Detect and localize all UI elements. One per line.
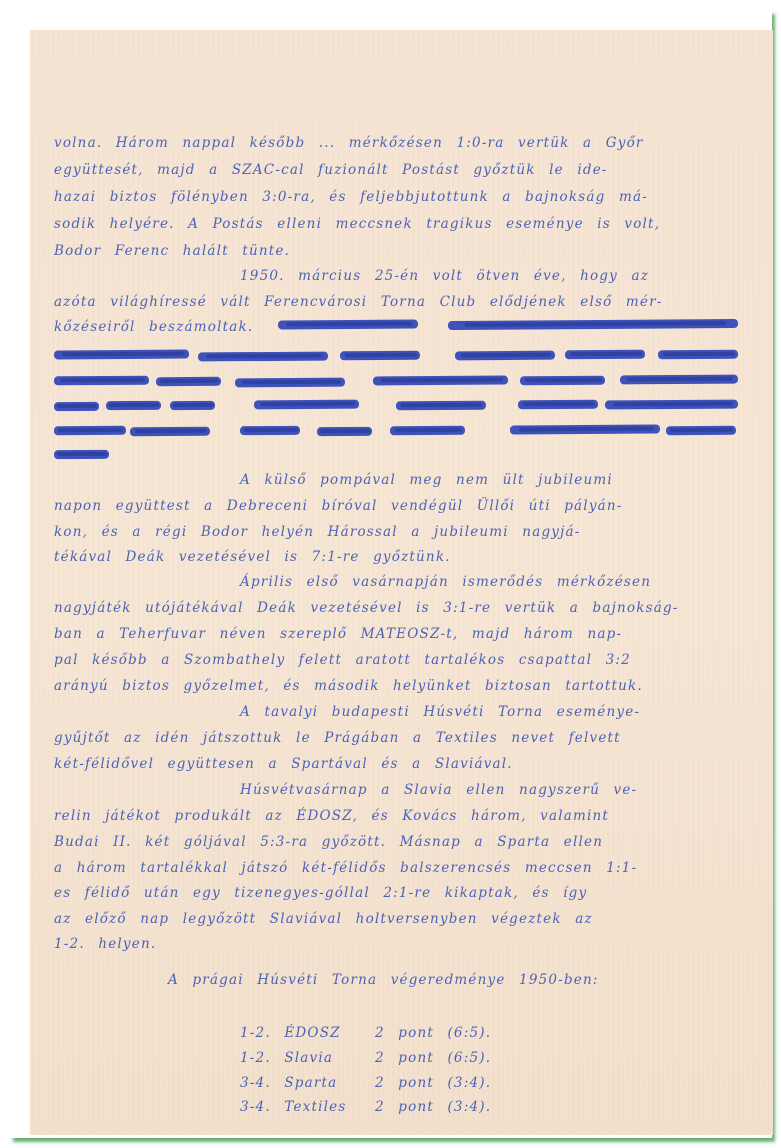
strikethrough [518, 400, 598, 410]
strikethrough [510, 424, 660, 434]
text-line: A külső pompával meg nem ült jubileumi [240, 474, 773, 488]
handwritten-page: volna. Három nappal később ... mérkőzése… [30, 30, 773, 1135]
text-line: azóta világhíressé vált Ferencvárosi Tor… [54, 296, 754, 310]
text-line: nagyjáték utójátékával Deák vezetésével … [54, 602, 754, 616]
text-line: relin játékot produkált az ÉDOSZ, és Kov… [54, 810, 754, 824]
text-line: kon, és a régi Bodor helyén Hárossal a j… [54, 526, 754, 540]
text-line: együttesét, majd a SZAC-cal fuzionált Po… [54, 164, 754, 178]
text-line: volna. Három nappal később ... mérkőzése… [54, 137, 754, 151]
strikethrough [658, 350, 738, 360]
text-line: pal később a Szombathely felett aratott … [54, 654, 754, 668]
text-line: es félidő után egy tizenegyes-góllal 2:1… [54, 887, 754, 901]
text-line: a három tartalékkal játszó két-félidős b… [54, 862, 754, 876]
strikethrough [54, 402, 99, 411]
points: 2 pont (3:4). [375, 1077, 491, 1091]
photo-frame: volna. Három nappal később ... mérkőzése… [10, 10, 772, 1138]
results-heading: A prágai Húsvéti Torna végeredménye 1950… [168, 974, 599, 988]
strikethrough [235, 378, 345, 388]
text-line: 1950. március 25-én volt ötven éve, hogy… [240, 270, 773, 284]
text-line: két-félidővel együttesen a Spartával és … [54, 758, 754, 772]
strikethrough [390, 426, 465, 436]
strikethrough [373, 376, 508, 386]
strikethrough [455, 351, 555, 361]
team: Textiles [284, 1099, 346, 1115]
text-line: arányú biztos győzelmet, és második hely… [54, 680, 754, 694]
strikethrough [198, 352, 328, 362]
text-line: hazai biztos fölényben 3:0-ra, és feljeb… [54, 191, 754, 205]
strikethrough [565, 350, 645, 360]
rank: 3-4. [240, 1099, 271, 1115]
text-line: gyűjtőt az idén játszottuk le Prágában a… [54, 732, 754, 746]
text-line: A tavalyi budapesti Húsvéti Torna esemén… [240, 706, 773, 720]
strikethrough [520, 376, 605, 386]
strikethrough [54, 350, 189, 360]
strikethrough [605, 400, 738, 410]
text-line: Április első vasárnapján ismerődés mérkő… [240, 576, 773, 590]
rank: 3-4. [240, 1075, 271, 1091]
strikethrough [396, 401, 486, 411]
points: 2 pont (3:4). [375, 1101, 491, 1115]
strikethrough [240, 426, 300, 435]
text-line: Húsvétvasárnap a Slavia ellen nagyszerű … [240, 784, 773, 798]
strikethrough [156, 377, 221, 386]
team: Slavia [284, 1050, 333, 1066]
text-line: sodik helyére. A Postás elleni meccsnek … [54, 218, 754, 232]
text-line: Budai II. két góljával 5:3-ra győzött. M… [54, 836, 754, 850]
team: ÉDOSZ [284, 1025, 340, 1041]
rank: 1-2. [240, 1050, 271, 1066]
text-line: napon együttest a Debreceni bíróval vend… [54, 500, 754, 514]
strikethrough [170, 401, 215, 410]
strikethrough [254, 400, 359, 410]
strikethrough [54, 426, 126, 436]
text-line: Bodor Ferenc halált tünte. [54, 245, 754, 259]
strikethrough [666, 426, 736, 435]
text-line: az előző nap legyőzött Slaviával holtver… [54, 913, 754, 927]
points: 2 pont (6:5). [375, 1052, 491, 1066]
strikethrough [54, 450, 109, 459]
text-line: tékával Deák vezetésével is 7:1-re győzt… [54, 551, 754, 565]
text-line: 1-2. helyen. [54, 938, 754, 952]
team: Sparta [284, 1075, 337, 1091]
strikethrough [278, 320, 418, 330]
points: 2 pont (6:5). [375, 1027, 491, 1041]
strikethrough [620, 375, 738, 385]
rank: 1-2. [240, 1025, 271, 1041]
strikethrough [130, 427, 210, 437]
text-line: ban a Teherfuvar néven szereplő MATEOSZ-… [54, 628, 754, 642]
strikethrough [106, 401, 161, 410]
strikethrough [317, 427, 372, 436]
strikethrough [340, 351, 420, 361]
strikethrough [54, 376, 149, 386]
